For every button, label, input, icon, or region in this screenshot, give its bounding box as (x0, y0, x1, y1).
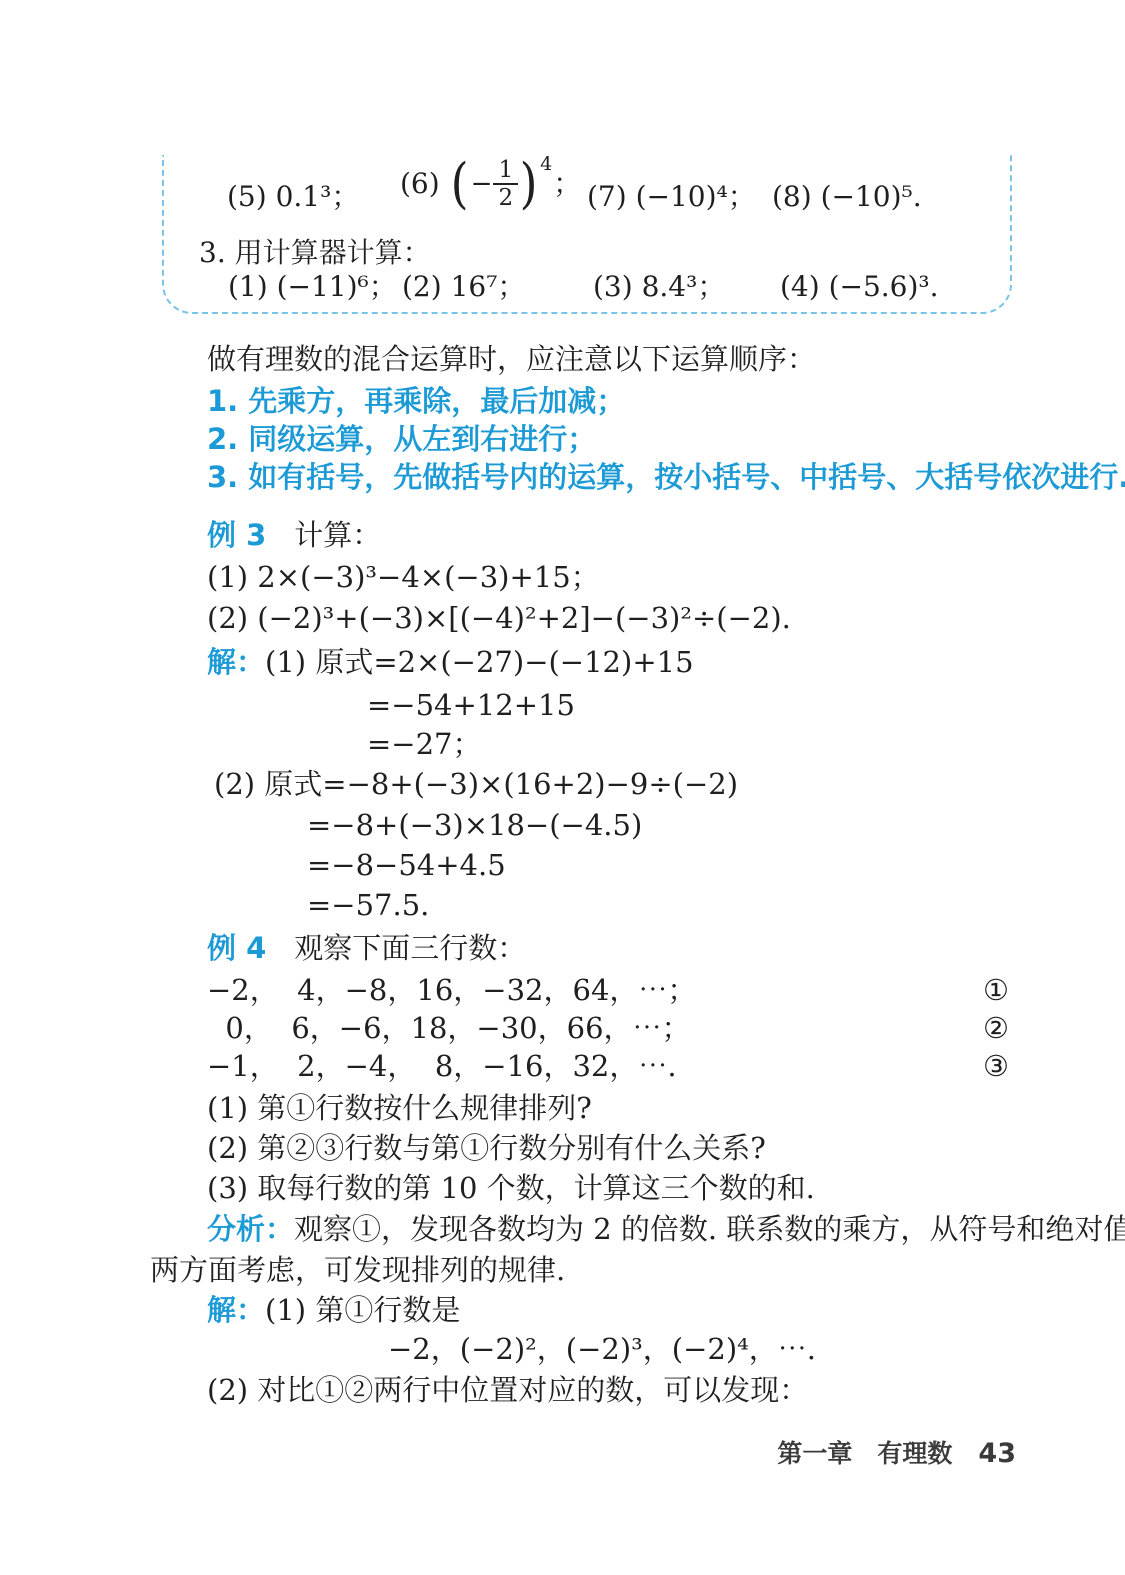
exercise-item-8: (8) (−10)⁵. (772, 181, 922, 213)
order-rule-1: 1. 先乘方，再乘除，最后加减； (207, 384, 625, 418)
powers-line: −2，(−2)²，(−2)³，(−2)⁴，⋯. (388, 1332, 816, 1366)
exercise-item-5: (5) 0.1³； (227, 181, 359, 213)
example3-solution-1-head: 解：(1) 原式=2×(−27)−(−12)+15 (207, 645, 694, 679)
analysis-label: 分析： (207, 1212, 294, 1246)
example4-question-1: (1) 第①行数按什么规律排列? (207, 1091, 592, 1125)
row-marker-2: ② (983, 1011, 1009, 1045)
number-row-3: −1， 2，−4， 8，−16，32，⋯. (207, 1049, 677, 1083)
page-footer: 第一章 有理数43 (0, 1434, 1016, 1470)
analysis-text-1: 观察①，发现各数均为 2 的倍数. 联系数的乘方，从符号和绝对值 (294, 1212, 1125, 1246)
chapter-title: 第一章 有理数 (777, 1439, 952, 1468)
example3-title: 计算： (294, 518, 381, 552)
calc-item-4: (4) (−5.6)³. (780, 271, 939, 303)
textbook-page: (5) 0.1³； (6) ( − 1 2 ) 4 ； (7) (−10)⁴； … (0, 0, 1125, 1575)
solution-2-step-3: =−57.5. (307, 888, 429, 922)
exponent: 4 (540, 148, 552, 180)
fraction: 1 2 (493, 157, 518, 212)
analysis-line-2: 两方面考虑，可发现排列的规律. (150, 1253, 565, 1287)
order-intro: 做有理数的混合运算时，应注意以下运算顺序： (207, 342, 816, 376)
example4-solution-head: 解：(1) 第①行数是 (207, 1293, 460, 1327)
solution-label-2: 解： (207, 1293, 265, 1327)
minus-sign: − (471, 168, 493, 200)
exercise-item-6-label: (6) (400, 168, 449, 200)
example4-header: 例 4观察下面三行数： (207, 931, 526, 965)
close-paren: ) (520, 157, 538, 211)
example3-problem-2: (2) (−2)³+(−3)×[(−4)²+2]−(−3)²÷(−2). (207, 601, 791, 635)
example3-solution-2-head: (2) 原式=−8+(−3)×(16+2)−9÷(−2) (214, 767, 738, 801)
row-marker-1: ① (983, 973, 1009, 1007)
open-paren: ( (450, 157, 468, 211)
calc-item-3: (3) 8.4³； (593, 271, 725, 303)
analysis-line-1: 分析：观察①，发现各数均为 2 的倍数. 联系数的乘方，从符号和绝对值 (207, 1212, 1125, 1246)
page-number: 43 (978, 1438, 1016, 1469)
solution-2-step-1: =−8+(−3)×18−(−4.5) (307, 808, 642, 842)
example3-problem-1: (1) 2×(−3)³−4×(−3)+15； (207, 560, 600, 594)
exercise-item-6: (6) ( − 1 2 ) 4 ； (400, 157, 581, 212)
fraction-denominator: 2 (493, 183, 518, 211)
exercise-box: (5) 0.1³； (6) ( − 1 2 ) 4 ； (7) (−10)⁴； … (162, 155, 1012, 314)
example4-question-2: (2) 第②③行数与第①行数分别有什么关系? (207, 1131, 766, 1165)
calc-item-1: (1) (−11)⁶； (228, 271, 397, 303)
solution-1-expression: (1) 原式=2×(−27)−(−12)+15 (265, 645, 694, 679)
example4-solution-text-2: (2) 对比①②两行中位置对应的数，可以发现： (207, 1373, 808, 1407)
calc-item-2: (2) 16⁷； (402, 271, 525, 303)
solution-label: 解： (207, 645, 265, 679)
example3-header: 例 3计算： (207, 518, 381, 552)
example4-title: 观察下面三行数： (294, 931, 526, 965)
row-marker-3: ③ (983, 1049, 1009, 1083)
number-row-1: −2， 4，−8，16，−32，64，⋯； (207, 973, 696, 1007)
number-row-2: 0， 6，−6，18，−30，66，⋯； (207, 1011, 691, 1045)
exercise-item-6-tail: ； (553, 168, 581, 200)
solution-1-step-1: =−54+12+15 (367, 688, 575, 722)
order-rule-3: 3. 如有括号，先做括号内的运算，按小括号、中括号、大括号依次进行. (207, 460, 1125, 494)
solution-2-step-2: =−8−54+4.5 (307, 848, 506, 882)
example4-label: 例 4 (207, 931, 266, 965)
fraction-numerator: 1 (493, 157, 518, 183)
example3-label: 例 3 (207, 518, 266, 552)
solution-1-step-2: =−27； (367, 727, 482, 761)
example4-solution-text-1: (1) 第①行数是 (265, 1293, 460, 1327)
exercise-item-7: (7) (−10)⁴； (587, 181, 756, 213)
order-rule-2: 2. 同级运算，从左到右进行； (207, 422, 596, 456)
problem3-label: 3. 用计算器计算： (199, 237, 431, 269)
example4-question-3: (3) 取每行数的第 10 个数，计算这三个数的和. (207, 1171, 815, 1205)
